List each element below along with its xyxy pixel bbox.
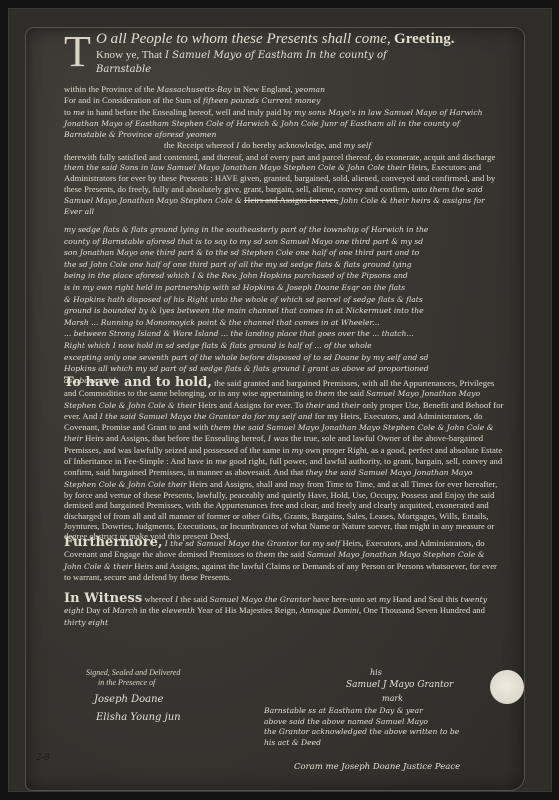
property-description: my sedge flats & flats ground lying in t… (64, 224, 504, 386)
habendum-entry: my (292, 446, 304, 455)
attestation-line-1: Signed, Sealed and Delivered (86, 668, 180, 678)
sum-entry: fifteen pounds Current money (203, 96, 320, 105)
margin-note: 2-8 (36, 752, 49, 763)
year-entry: thirty eight (64, 618, 108, 627)
witness-entry: my (379, 595, 391, 604)
province-label: within the Province of the (64, 84, 155, 94)
attestation-label: Signed, Sealed and Delivered in the Pres… (86, 668, 180, 688)
habendum-text: Heirs and Assigns for ever. To (198, 400, 303, 410)
habendum-entry: I the said Samuel Mayo the Grantor do fo… (100, 412, 313, 421)
grantor-his: his (370, 668, 382, 677)
grantor-signature: Samuel J Mayo Grantor (346, 680, 453, 690)
warranty-entry: I the sd Samuel Mayo the Grantor (165, 539, 298, 548)
anno-domini: Annoque Domini, (300, 605, 361, 615)
grantor-mark: mark (382, 694, 403, 703)
witness-heading: In Witness (64, 591, 142, 606)
habendum-entry: their (306, 401, 325, 410)
description-line: & Hopkins hath disposed of his Right unt… (64, 294, 504, 306)
habendum-text: and (327, 400, 340, 410)
wax-seal (490, 670, 524, 704)
description-line: Right which I now hold in sd sedge flats… (64, 340, 504, 352)
paid-to-entry: me (73, 108, 85, 117)
greeting-word: Greeting. (394, 31, 455, 47)
acknowledgment: Barnstable ss at Eastham the Day & year … (264, 706, 474, 748)
description-line: is in my own right held in partnership w… (64, 282, 504, 294)
acknowledgment-line: the Grantor acknowledged the above writt… (264, 727, 474, 738)
warranty-entry: my self (312, 539, 340, 548)
description-line: Marsh ... Running to Monomoyick point & … (64, 317, 504, 329)
description-line: Hopkins all which my sd part of sd sedge… (64, 363, 504, 375)
warranty-text: for (300, 538, 310, 548)
witness-text: Year of His Majesties Reign, (197, 605, 298, 615)
receipt-entry-a: I (236, 141, 239, 150)
county-entry: Barnstable (96, 64, 151, 75)
witness-text: have here-unto set (313, 594, 377, 604)
habendum-entry: them (315, 389, 335, 398)
acknowledgment-line: Barnstable ss at Eastham the Day & year (264, 706, 474, 717)
habendum-text: Heirs and Assigns, that before the Ensea… (85, 433, 266, 443)
habendum-clause: To have and to hold, the said granted an… (64, 378, 504, 541)
acknowledgment-line: his act & Deed (264, 738, 474, 749)
witness-text: whereof (144, 594, 173, 604)
description-line: county of Barnstable aforesd that is to … (64, 236, 504, 248)
province-entry: Massachusetts-Bay (157, 85, 232, 94)
furthermore-heading: Furthermore, (64, 535, 163, 550)
paid-label: in hand before the Ensealing hereof, wel… (87, 107, 292, 117)
month-entry: March (112, 606, 137, 615)
paid-to-label: to (64, 107, 71, 117)
salutation-line: O all People to whom these Presents shal… (96, 34, 496, 44)
receipt-entry-b: my self (343, 141, 371, 150)
description-line: being in the place aforesd which I & the… (64, 270, 504, 282)
witness-text: Hand and Seal this (393, 594, 459, 604)
receipt-label: the Receipt whereof (164, 140, 234, 150)
warranty-clause: Furthermore, I the sd Samuel Mayo the Gr… (64, 538, 504, 582)
habendum-text: the said (337, 388, 364, 398)
witness-text: the said (180, 594, 207, 604)
drop-cap: T (64, 32, 91, 72)
know-ye-line: Know ye, That I Samuel Mayo of Eastham I… (96, 50, 496, 61)
granting-clause: within the Province of the Massachusetts… (64, 84, 504, 218)
receipt-label-b: do hereby acknowledge, and (242, 140, 342, 150)
witness-entry: Samuel Mayo the Grantor (210, 595, 311, 604)
witness-clause: In Witness whereof I the said Samuel May… (64, 594, 504, 628)
description-line: son Jonathan Mayo one third part & to th… (64, 247, 504, 259)
struck-text: Heirs and Assigns for ever, (244, 195, 338, 205)
witness-text: One Thousand Seven Hundred and (363, 605, 485, 615)
witness-entry: I (175, 595, 178, 604)
warranty-entry: them (256, 550, 276, 559)
habendum-entry: me (215, 457, 227, 466)
witness-signature-2: Elisha Young jun (96, 712, 181, 723)
signature-block: Signed, Sealed and Delivered in the Pres… (64, 668, 504, 778)
attestation-line-2: in the Presence of (86, 678, 180, 688)
description-line: ... between Strong Island & Ware Island … (64, 328, 504, 340)
description-line: the sd John Cole one half of one third p… (64, 259, 504, 271)
acknowledgment-line: above said the above named Samuel Mayo (264, 717, 474, 728)
description-line: my sedge flats & flats ground lying in t… (64, 224, 504, 236)
discharge-entry: them the said Sons in law Samuel Mayo Jo… (64, 163, 406, 172)
consideration-label: For and in Consideration of the Sum of (64, 95, 201, 105)
grantor-entry: I Samuel Mayo of Eastham In the county o… (165, 50, 387, 61)
witness-signature-1: Joseph Doane (94, 694, 163, 705)
description-line: ground is bounded by & lyes between the … (64, 305, 504, 317)
witness-text: in the (140, 605, 160, 615)
habendum-entry: I was (268, 434, 289, 443)
satisfied-label: therewith fully satisfied and contented,… (64, 152, 495, 162)
province-tail: in New England, (234, 84, 293, 94)
salutation-text: O all People to whom these Presents shal… (96, 31, 391, 47)
regnal-year-entry: eleventh (162, 606, 195, 615)
warranty-text: the said (278, 549, 305, 559)
witness-text: Day of (86, 605, 110, 615)
occupation-entry: yeoman (295, 85, 325, 94)
habendum-entry: their (341, 401, 360, 410)
know-ye-text: Know ye, That (96, 49, 162, 61)
justice-signature: Coram me Joseph Doane Justice Peace (294, 762, 460, 772)
description-line: excepting only one seventh part of the w… (64, 352, 504, 364)
